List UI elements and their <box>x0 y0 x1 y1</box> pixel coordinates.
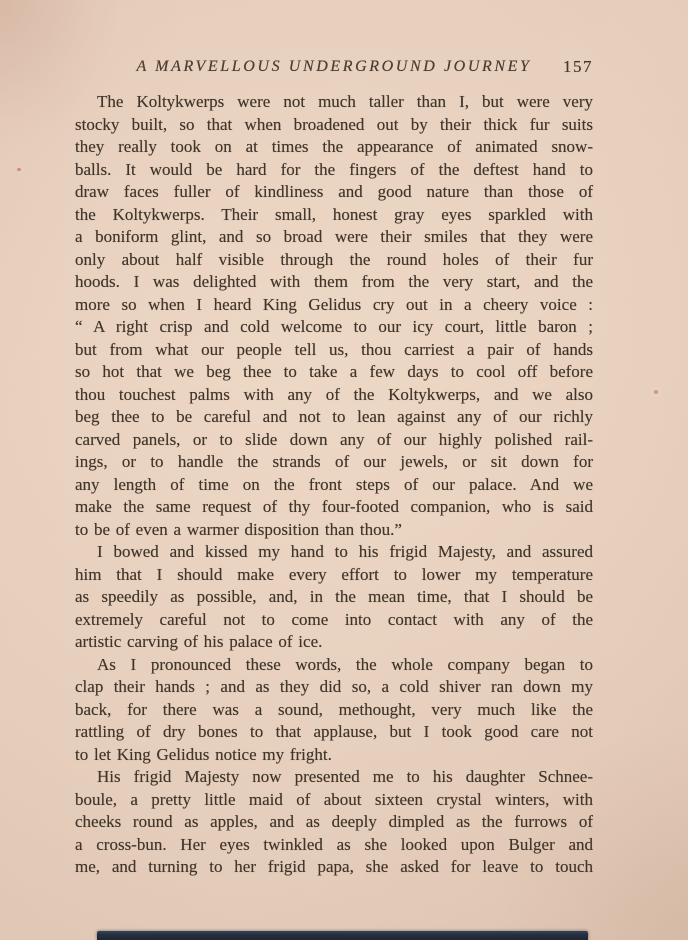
text-line: to let King Gelidus notice my fright. <box>75 744 593 767</box>
text-line: carved panels, or to slide down any of o… <box>75 429 593 452</box>
text-line: a cross-bun. Her eyes twinkled as she lo… <box>75 834 593 857</box>
text-line: hoods. I was delighted with them from th… <box>75 271 593 294</box>
running-title: A MARVELLOUS UNDERGROUND JOURNEY <box>75 55 593 79</box>
book-page-scan: A MARVELLOUS UNDERGROUND JOURNEY 157 The… <box>0 0 688 940</box>
text-line: As I pronounced these words, the whole c… <box>75 654 593 677</box>
page-body: The Koltykwerps were not much taller tha… <box>75 91 593 879</box>
text-line: back, for there was a sound, methought, … <box>75 699 593 722</box>
book-cover-edge <box>97 931 588 940</box>
text-line: draw faces fuller of kindliness and good… <box>75 181 593 204</box>
text-line: The Koltykwerps were not much taller tha… <box>75 91 593 114</box>
text-line: thou touchest palms with any of the Kolt… <box>75 384 593 407</box>
scan-speck <box>17 168 21 171</box>
text-line: His frigid Majesty now presented me to h… <box>75 766 593 789</box>
page-header: A MARVELLOUS UNDERGROUND JOURNEY 157 <box>75 55 593 79</box>
page-number: 157 <box>563 55 593 79</box>
text-line: as speedily as possible, and, in the mea… <box>75 586 593 609</box>
text-line: I bowed and kissed my hand to his frigid… <box>75 541 593 564</box>
text-line: ings, or to handle the strands of our je… <box>75 451 593 474</box>
scan-speck <box>654 390 658 394</box>
text-line: artistic carving of his palace of ice. <box>75 631 593 654</box>
text-line: to be of even a warmer disposition than … <box>75 519 593 542</box>
paragraph: His frigid Majesty now presented me to h… <box>75 766 593 879</box>
text-line: make the same request of thy four-footed… <box>75 496 593 519</box>
text-line: him that I should make every effort to l… <box>75 564 593 587</box>
text-line: only about half visible through the roun… <box>75 249 593 272</box>
text-line: clap their hands ; and as they did so, a… <box>75 676 593 699</box>
paragraph: I bowed and kissed my hand to his frigid… <box>75 541 593 654</box>
text-line: so hot that we beg thee to take a few da… <box>75 361 593 384</box>
text-line: me, and turning to her frigid papa, she … <box>75 856 593 879</box>
text-line: cheeks round as apples, and as deeply di… <box>75 811 593 834</box>
text-line: but from what our people tell us, thou c… <box>75 339 593 362</box>
paragraph: The Koltykwerps were not much taller tha… <box>75 91 593 541</box>
text-line: more so when I heard King Gelidus cry ou… <box>75 294 593 317</box>
text-line: they really took on at times the appeara… <box>75 136 593 159</box>
text-line: rattling of dry bones to that applause, … <box>75 721 593 744</box>
text-line: a boniform glint, and so broad were thei… <box>75 226 593 249</box>
text-line: balls. It would be hard for the fingers … <box>75 159 593 182</box>
text-line: the Koltykwerps. Their small, honest gra… <box>75 204 593 227</box>
text-line: any length of time on the front steps of… <box>75 474 593 497</box>
text-line: extremely careful not to come into conta… <box>75 609 593 632</box>
text-line: stocky built, so that when broadened out… <box>75 114 593 137</box>
text-line: beg thee to be careful and not to lean a… <box>75 406 593 429</box>
text-line: boule, a pretty little maid of about six… <box>75 789 593 812</box>
paragraph: As I pronounced these words, the whole c… <box>75 654 593 767</box>
text-line: “ A right crisp and cold welcome to our … <box>75 316 593 339</box>
